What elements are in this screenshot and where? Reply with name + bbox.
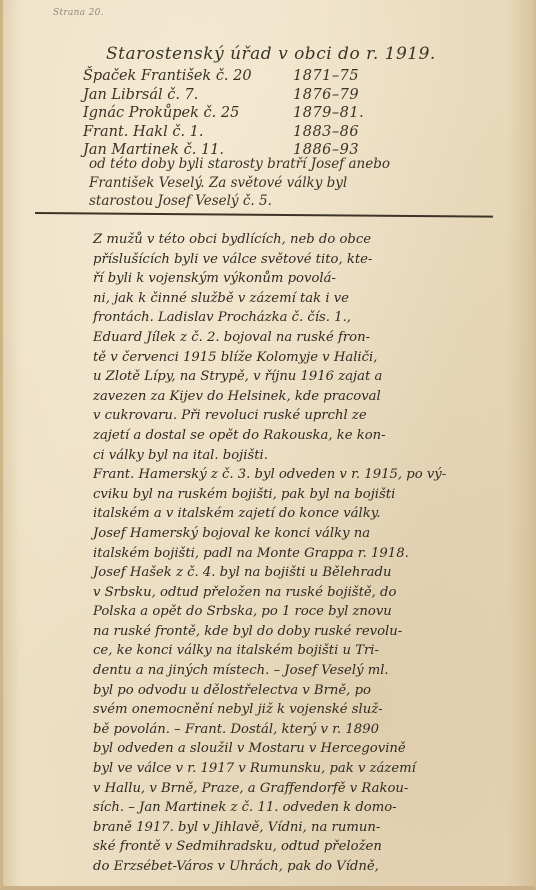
mayor-row: Špaček František č. 20 1871–75	[83, 68, 364, 87]
mayor-list: Špaček František č. 20 1871–75 Jan Librs…	[83, 68, 364, 161]
body-line: v Srbsku, odtud přeložen na ruské bojišt…	[93, 583, 473, 603]
note-line: od této doby byli starosty bratří Josef …	[89, 155, 489, 174]
body-line: na ruské frontě, kde byl do doby ruské r…	[93, 622, 473, 642]
body-line: tě v červenci 1915 blíže Kolomyje v Hali…	[93, 348, 473, 368]
section-divider	[35, 212, 493, 218]
mayor-row: Jan Librsál č. 7. 1876–79	[83, 87, 364, 106]
mayor-years: 1871–75	[293, 68, 359, 84]
note-line: starostou Josef Veselý č. 5.	[89, 192, 489, 211]
body-line: ci války byl na ital. bojišti.	[93, 446, 473, 466]
body-line: byl ve válce v r. 1917 v Rumunsku, pak v…	[93, 759, 473, 779]
manuscript-page: Strana 20. Starostenský úřad v obci do r…	[0, 0, 536, 890]
body-line: sích. – Jan Martinek z č. 11. odveden k …	[93, 798, 473, 818]
body-line: dentu a na jiných místech. – Josef Vesel…	[93, 661, 473, 681]
body-line: v cukrovaru. Při revoluci ruské uprchl z…	[93, 406, 473, 426]
mayor-row: Ignác Prokůpek č. 25 1879–81.	[83, 105, 364, 124]
mayor-name: Frant. Hakl č. 1.	[83, 124, 293, 140]
body-line: Frant. Hamerský z č. 3. byl odveden v r.…	[93, 465, 473, 485]
body-line: příslušících byli ve válce světové tito,…	[93, 250, 473, 270]
body-line: cviku byl na ruském bojišti, pak byl na …	[93, 485, 473, 505]
body-line: italském bojišti, padl na Monte Grappa r…	[93, 544, 473, 564]
page-title: Starostenský úřad v obci do r. 1919.	[106, 44, 436, 64]
mayor-name: Špaček František č. 20	[83, 68, 293, 84]
body-line: Josef Hamerský bojoval ke konci války na	[93, 524, 473, 544]
body-line: ří byli k vojenským výkonům povolá-	[93, 269, 473, 289]
body-line: Eduard Jílek z č. 2. bojoval na ruské fr…	[93, 328, 473, 348]
mayor-name: Jan Librsál č. 7.	[83, 87, 293, 103]
body-line: byl odveden a sloužil v Mostaru v Herceg…	[93, 739, 473, 759]
body-line: italském a v italském zajetí do konce vá…	[93, 504, 473, 524]
body-line: frontách. Ladislav Procházka č. čís. 1.,	[93, 308, 473, 328]
body-line: bě povolán. – Frant. Dostál, který v r. …	[93, 720, 473, 740]
body-line: braně 1917. byl v Jihlavě, Vídni, na rum…	[93, 818, 473, 838]
body-line: v Hallu, v Brně, Praze, a Graffendorfě v…	[93, 779, 473, 799]
body-line: Josef Hašek z č. 4. byl na bojišti u Běl…	[93, 563, 473, 583]
body-line: u Zlotě Lípy, na Strypě, v říjnu 1916 za…	[93, 367, 473, 387]
mayor-note: od této doby byli starosty bratří Josef …	[89, 155, 489, 211]
body-line: byl po odvodu u dělostřelectva v Brně, p…	[93, 681, 473, 701]
mayor-years: 1883–86	[293, 124, 359, 140]
body-line: ni, jak k činné službě v zázemí tak i ve	[93, 289, 473, 309]
body-line: do Erzsébet-Város v Uhrách, pak do Vídně…	[93, 857, 473, 877]
body-line: ce, ke konci války na italském bojišti u…	[93, 641, 473, 661]
body-text: Z mužů v této obci bydlících, neb do obc…	[93, 230, 473, 877]
body-line: Polska a opět do Srbska, po 1 roce byl z…	[93, 602, 473, 622]
body-line: svém onemocnění nebyl již k vojenské slu…	[93, 700, 473, 720]
body-line: zajetí a dostal se opět do Rakouska, ke …	[93, 426, 473, 446]
note-line: František Veselý. Za světové války byl	[89, 174, 489, 193]
mayor-row: Frant. Hakl č. 1. 1883–86	[83, 124, 364, 143]
mayor-name: Ignác Prokůpek č. 25	[83, 105, 293, 121]
page-number: Strana 20.	[53, 8, 104, 18]
body-line: ské frontě v Sedmihradsku, odtud přelože…	[93, 837, 473, 857]
body-line: zavezen za Kijev do Helsinek, kde pracov…	[93, 387, 473, 407]
mayor-years: 1879–81.	[293, 105, 364, 121]
mayor-years: 1876–79	[293, 87, 359, 103]
body-line: Z mužů v této obci bydlících, neb do obc…	[93, 230, 473, 250]
